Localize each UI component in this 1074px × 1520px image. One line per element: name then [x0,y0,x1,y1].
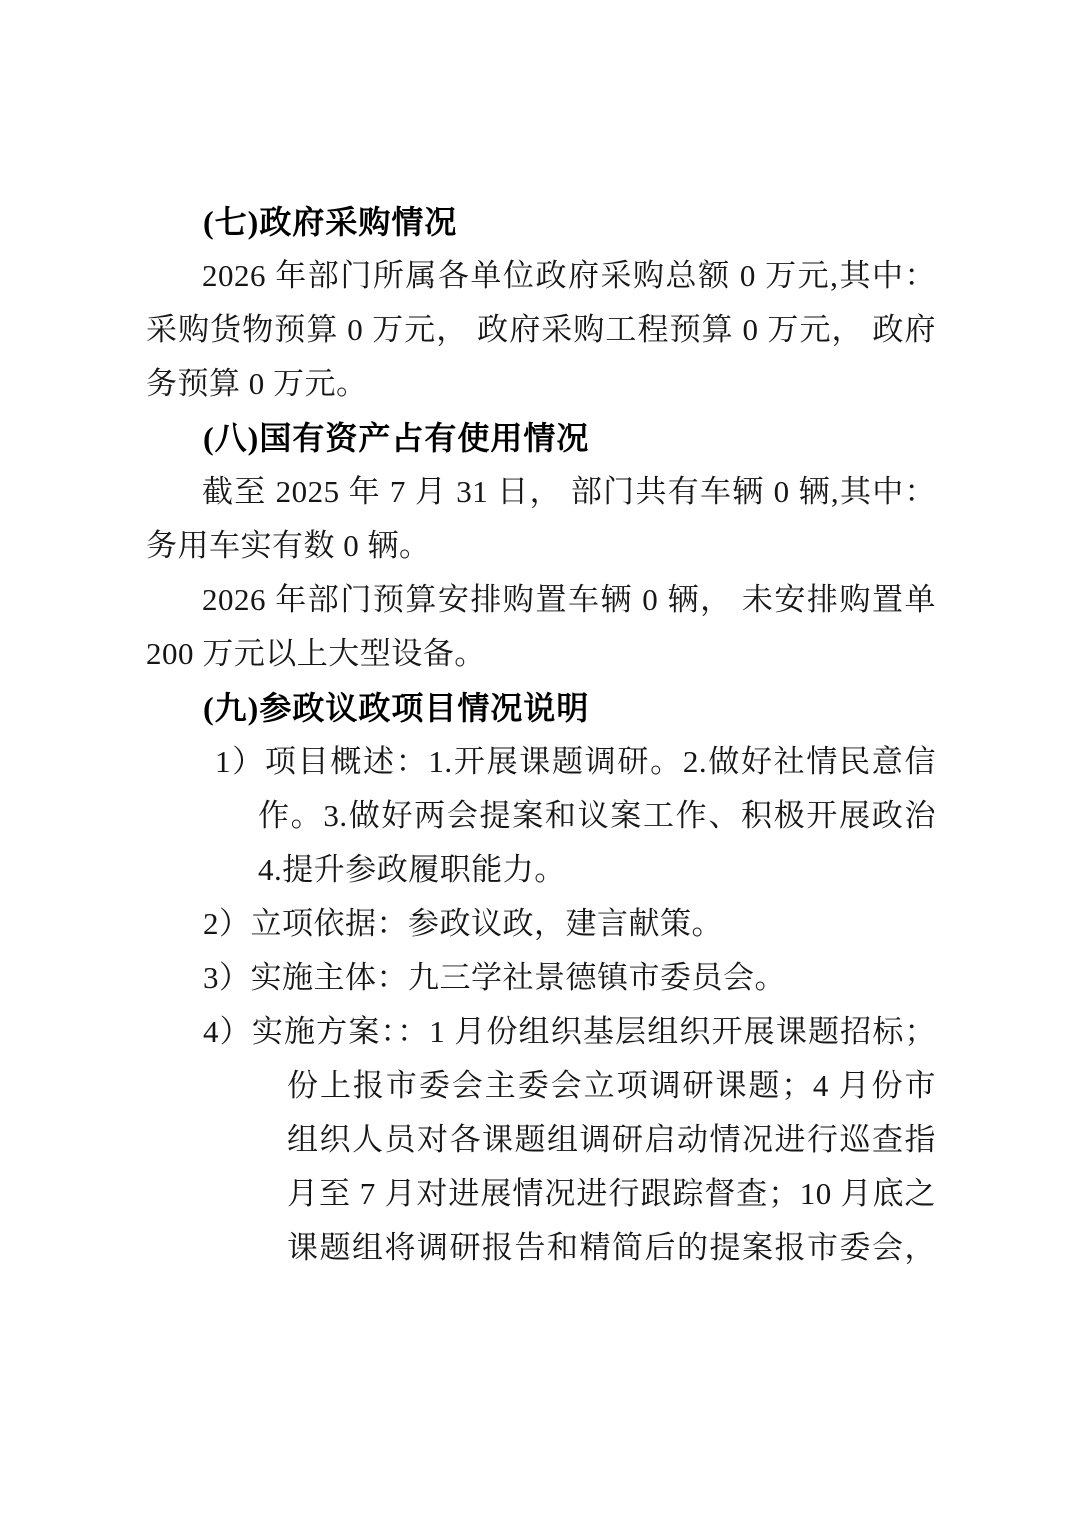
document-body: (七)政府采购情况 2026 年部门所属各单位政府采购总额 0 万元,其中： 政… [146,195,936,1275]
list-item-line: 2）立项依据：参政议政，建言献策。 [146,897,936,951]
text-line: 2026 年部门预算安排购置车辆 0 辆， 未安排购置单位价值 [146,573,936,627]
list-item-line: 4）实施方案：：1 月份组织基层组织开展课题招标；3 月 [146,1005,936,1059]
list-item-line: 组织人员对各课题组调研启动情况进行巡查指导；6 [146,1113,936,1167]
text-line: 务预算 0 万元。 [146,357,936,411]
list-item-line: 作。3.做好两会提案和议案工作、积极开展政治协商。 [146,789,936,843]
text-line: 2026 年部门所属各单位政府采购总额 0 万元,其中： 政府 [146,249,936,303]
section-heading-government-procurement: (七)政府采购情况 [146,195,936,249]
text-line: 截至 2025 年 7 月 31 日， 部门共有车辆 0 辆,其中：一般公 [146,465,936,519]
list-item-line: 月至 7 月对进展情况进行跟踪督查；10 月底之前各 [146,1167,936,1221]
text-line: 200 万元以上大型设备。 [146,627,936,681]
text-line: 务用车实有数 0 辆。 [146,519,936,573]
list-item-line: 3）实施主体：九三学社景德镇市委员会。 [146,951,936,1005]
list-item-line: 课题组将调研报告和精简后的提案报市委会，逾期 [146,1221,936,1275]
text-line: 采购货物预算 0 万元， 政府采购工程预算 0 万元， 政府采购服 [146,303,936,357]
section-heading-project-description: (九)参政议政项目情况说明 [146,681,936,735]
document-page: (七)政府采购情况 2026 年部门所属各单位政府采购总额 0 万元,其中： 政… [0,0,1074,1520]
section-heading-state-assets: (八)国有资产占有使用情况 [146,411,936,465]
list-item-line: 1）项目概述：1.开展课题调研。2.做好社情民意信息工 [146,735,936,789]
list-item-line: 4.提升参政履职能力。 [146,843,936,897]
list-item-line: 份上报市委会主委会立项调研课题；4 月份市委会 [146,1059,936,1113]
